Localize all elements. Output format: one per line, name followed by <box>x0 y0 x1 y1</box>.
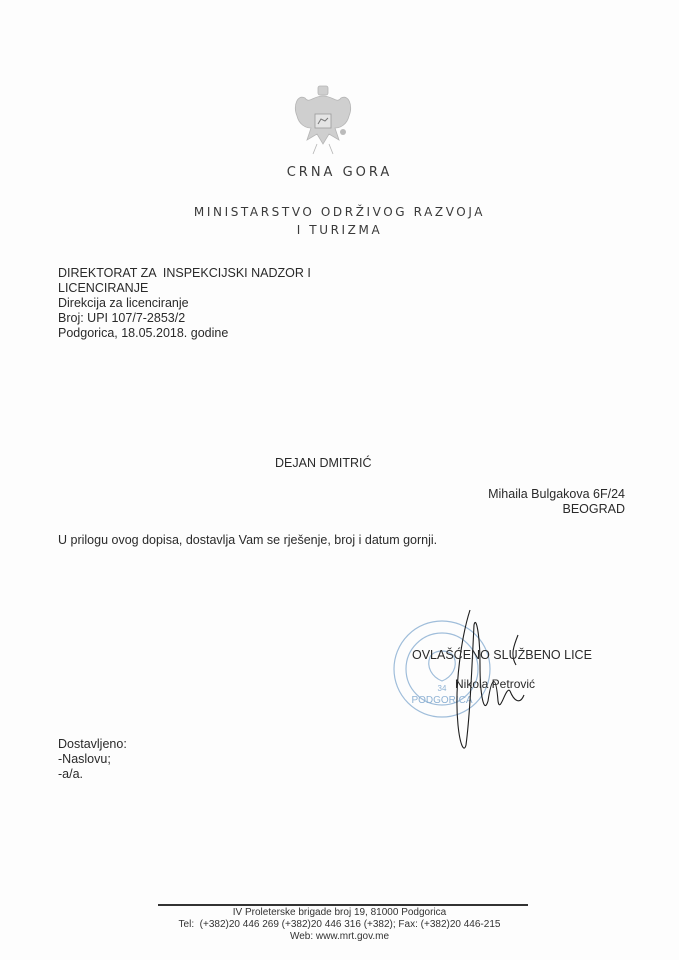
directorate-line-1: DIREKTORAT ZA INSPEKCIJSKI NADZOR I <box>58 266 311 281</box>
country-name: CRNA GORA <box>0 165 679 180</box>
ministry-name: MINISTARSTVO ODRŽIVOG RAZVOJA I TURIZMA <box>0 203 679 239</box>
address-city: BEOGRAD <box>488 502 625 517</box>
footer-web: Web: www.mrt.gov.me <box>0 931 679 943</box>
footer-address: IV Proleterske brigade broj 19, 81000 Po… <box>0 907 679 919</box>
directorate-line-2: LICENCIRANJE <box>58 281 311 296</box>
department: Direkcija za licenciranje <box>58 296 311 311</box>
distribution-item: -Naslovu; <box>58 752 127 767</box>
address-street: Mihaila Bulgakova 6F/24 <box>488 487 625 502</box>
recipient-address: Mihaila Bulgakova 6F/24 BEOGRAD <box>488 487 625 517</box>
letter-body: U prilogu ovog dopisa, dostavlja Vam se … <box>58 533 437 547</box>
sender-header: DIREKTORAT ZA INSPEKCIJSKI NADZOR I LICE… <box>58 266 311 341</box>
footer: IV Proleterske brigade broj 19, 81000 Po… <box>0 907 679 943</box>
distribution-item: -a/a. <box>58 767 127 782</box>
signatory-name: Nikola Petrović <box>455 677 535 691</box>
recipient-name: DEJAN DMITRIĆ <box>275 456 372 470</box>
ministry-line-1: MINISTARSTVO ODRŽIVOG RAZVOJA <box>0 203 679 221</box>
letter-page: CRNA GORA MINISTARSTVO ODRŽIVOG RAZVOJA … <box>0 0 679 960</box>
ministry-line-2: I TURIZMA <box>0 221 679 239</box>
footer-divider <box>158 904 528 906</box>
distribution-label: Dostavljeno: <box>58 737 127 752</box>
distribution-list: Dostavljeno: -Naslovu; -a/a. <box>58 737 127 782</box>
place-date: Podgorica, 18.05.2018. godine <box>58 326 311 341</box>
reference-number: Broj: UPI 107/7-2853/2 <box>58 311 311 326</box>
signatory-title: OVLAŠĆENO SLUŽBENO LICE <box>412 648 592 662</box>
footer-contacts: Tel: (+382)20 446 269 (+382)20 446 316 (… <box>0 919 679 931</box>
coat-of-arms-icon <box>291 84 355 158</box>
